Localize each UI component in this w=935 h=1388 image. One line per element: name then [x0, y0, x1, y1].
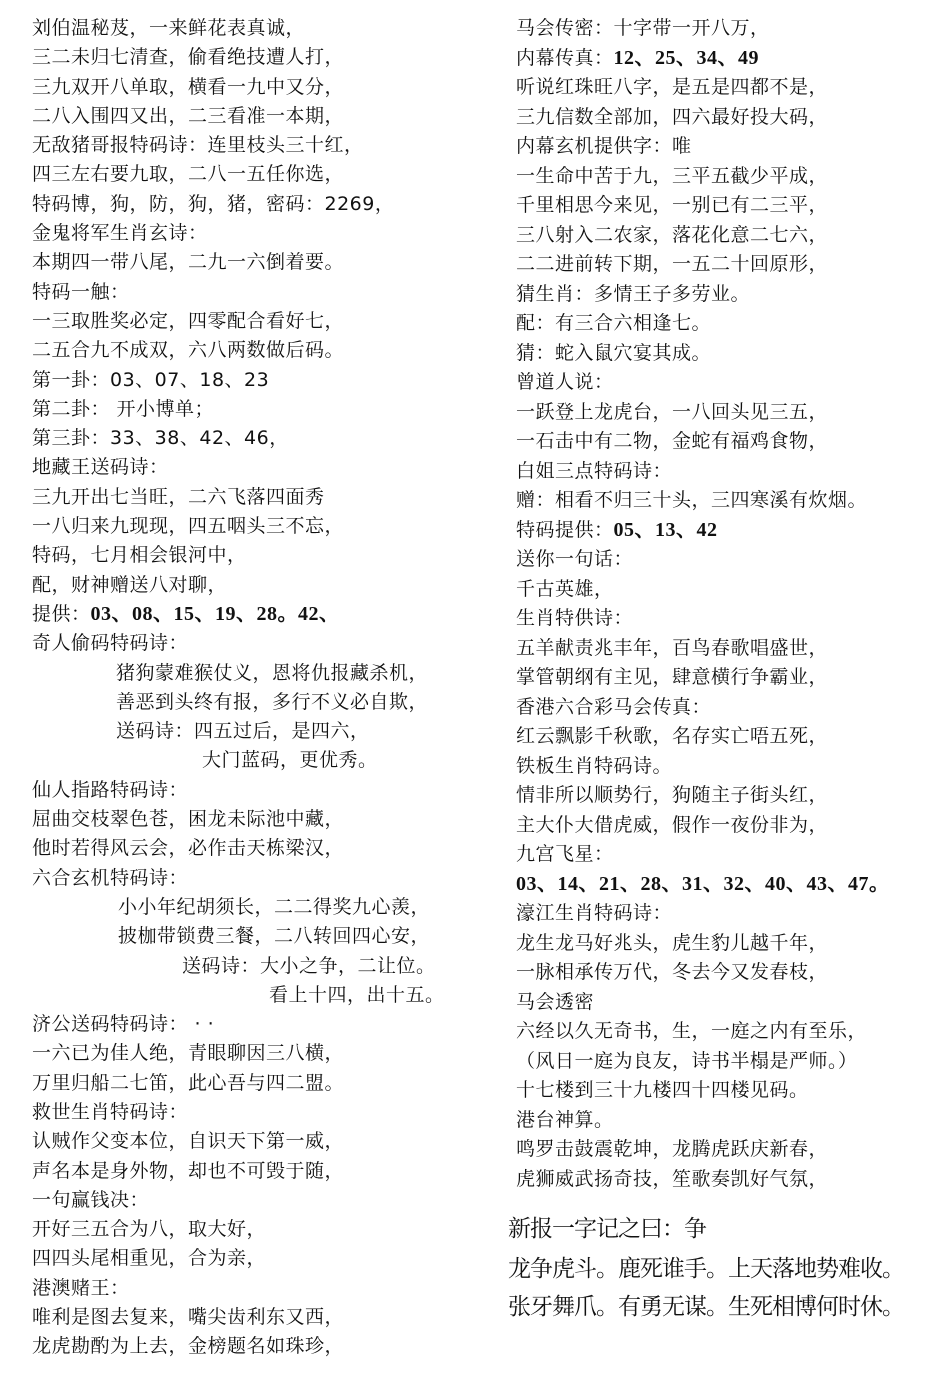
text-line: 善恶到头终有报，多行不义必自欺， [32, 688, 482, 717]
text-line: 一石击中有二物，金蛇有福鸡食物， [516, 427, 931, 457]
footer-line-2: 张牙舞爪。有勇无谋。生死相博何时休。 [508, 1288, 928, 1326]
text-line: 送你一句话： [516, 545, 931, 575]
text-line: 猜生肖：多情王子多劳业。 [516, 280, 931, 310]
left-column: 刘伯温秘芨，一来鲜花表真诚，三二未归七清查，偷看绝技遭人打，三九双开八单取，横看… [32, 14, 482, 1362]
text-line: （风日一庭为良友，诗书半榻是严师。） [516, 1047, 931, 1077]
line-label: 内幕传真： [516, 47, 614, 69]
text-line: 听说红珠旺八字，是五是四都不是， [516, 73, 931, 103]
text-line: 马会透密 [516, 988, 931, 1018]
text-line: 六经以久无奇书，生，一庭之内有至乐， [516, 1017, 931, 1047]
line-label: 提供： [32, 603, 91, 625]
number-list: 03、08、15、19、28。42、 [91, 603, 340, 625]
text-line: 一句赢钱决： [32, 1186, 482, 1215]
text-line: 二八入围四又出，二三看准一本期， [32, 102, 482, 131]
text-line: 二二进前转下期，一五二十回原形， [516, 250, 931, 280]
text-line: 开好三五合为八，取大好， [32, 1215, 482, 1244]
number-list: 05、13、42 [614, 519, 718, 541]
text-line: 特码，七月相会银河中， [32, 541, 482, 570]
text-line: 千里相思今来见，一别已有二三平， [516, 191, 931, 221]
text-line: 配，财神赠送八对聊， [32, 571, 482, 600]
text-line: 三二未归七清查，偷看绝技遭人打， [32, 43, 482, 72]
text-line: 披枷带锁费三餐，二八转回四心安， [32, 922, 482, 951]
footer-title: 新报一字记之曰：争 [508, 1208, 928, 1250]
text-line: 主大仆大借虎威，假作一夜份非为， [516, 811, 931, 841]
text-line: 金鬼将军生肖玄诗： [32, 219, 482, 248]
text-line: 三八射入二农家，落花化意二七六， [516, 221, 931, 251]
text-line: 十七楼到三十九楼四十四楼见码。 [516, 1076, 931, 1106]
text-line: 龙生龙马好兆头，虎生豹儿越千年， [516, 929, 931, 959]
text-line: 奇人偷码特码诗： [32, 629, 482, 658]
text-line: 刘伯温秘芨，一来鲜花表真诚， [32, 14, 482, 43]
text-line: 香港六合彩马会传真： [516, 693, 931, 723]
text-line: 猪狗蒙难猴仗义，恩将仇报藏杀机， [32, 659, 482, 688]
footer-verse-block: 新报一字记之曰：争 龙争虎斗。鹿死谁手。上天落地势难收。 张牙舞爪。有勇无谋。生… [508, 1208, 928, 1326]
text-line: 千古英雄， [516, 575, 931, 605]
text-line: 濠江生肖特码诗： [516, 899, 931, 929]
text-line: 声名本是身外物，却也不可毁于随， [32, 1157, 482, 1186]
text-line: 地藏王送码诗： [32, 453, 482, 482]
text-line: 一跃登上龙虎台，一八回头见三五， [516, 398, 931, 428]
text-line: 提供：03、08、15、19、28。42、 [32, 600, 482, 629]
text-line: 一生命中苦于九，三平五截少平成， [516, 162, 931, 192]
number-list: 03、14、21、28、31、32、40、43、47。 [516, 873, 890, 895]
text-line: 无敌猪哥报特码诗：连里枝头三十红， [32, 131, 482, 160]
text-line: 四四头尾相重见，合为亲， [32, 1244, 482, 1273]
text-line: 第二卦： 开小博单； [32, 395, 482, 424]
line-label: 特码提供： [516, 519, 614, 541]
text-line: 一八归来九现现，四五咽头三不忘， [32, 512, 482, 541]
text-line: 救世生肖特码诗： [32, 1098, 482, 1127]
text-line: 五羊献责兆丰年，百鸟春歌唱盛世， [516, 634, 931, 664]
text-line: 赠：相看不归三十头，三四寒溪有炊烟。 [516, 486, 931, 516]
text-line: 马会传密：十字带一开八万， [516, 14, 931, 44]
text-line: 白姐三点特码诗： [516, 457, 931, 487]
number-list: 12、25、34、49 [614, 47, 760, 69]
text-line: 济公送码特码诗： · · [32, 1010, 482, 1039]
text-line: 二五合九不成双，六八两数做后码。 [32, 336, 482, 365]
text-line: 一三取胜奖必定，四零配合看好七， [32, 307, 482, 336]
footer-line-1: 龙争虎斗。鹿死谁手。上天落地势难收。 [508, 1250, 928, 1288]
text-line: 特码博，狗，防，狗，猪，密码：2269， [32, 190, 482, 219]
text-line: 情非所以顺势行，狗随主子街头红， [516, 781, 931, 811]
text-line: 港澳赌王： [32, 1274, 482, 1303]
text-line: 猜：蛇入鼠穴宴其成。 [516, 339, 931, 369]
text-line: 一脉相承传万代，冬去今又发春枝， [516, 958, 931, 988]
text-line: 生肖特供诗： [516, 604, 931, 634]
text-line: 六合玄机特码诗： [32, 864, 482, 893]
text-line: 内幕传真：12、25、34、49 [516, 44, 931, 74]
text-line: 红云飘影千秋歌，名存实亡唔五死， [516, 722, 931, 752]
text-line: 万里归船二七笛，此心吾与四二盟。 [32, 1069, 482, 1098]
text-line: 一六已为佳人绝，青眼聊因三八横， [32, 1039, 482, 1068]
text-line: 三九开出七当旺，二六飞落四面秀 [32, 483, 482, 512]
text-line: 第一卦：03、07、18、23 [32, 366, 482, 395]
text-line: 看上十四，出十五。 [32, 981, 482, 1010]
text-line: 送码诗：大小之争，二让位。 [32, 952, 482, 981]
text-line: 唯利是图去复来，嘴尖齿利东又西， [32, 1303, 482, 1332]
text-line: 送码诗：四五过后，是四六， [32, 717, 482, 746]
right-column: 马会传密：十字带一开八万，内幕传真：12、25、34、49听说红珠旺八字，是五是… [516, 14, 931, 1194]
text-line: 掌管朝纲有主见，肆意横行争霸业， [516, 663, 931, 693]
text-line: 三九双开八单取，横看一九中又分， [32, 73, 482, 102]
text-line: 三九信数全部加，四六最好投大码， [516, 103, 931, 133]
text-line: 曾道人说： [516, 368, 931, 398]
text-line: 小小年纪胡须长，二二得奖九心羡， [32, 893, 482, 922]
text-line: 仙人指路特码诗： [32, 776, 482, 805]
text-line: 四三左右要九取，二八一五任你选， [32, 160, 482, 189]
text-line: 配：有三合六相逢七。 [516, 309, 931, 339]
text-line: 内幕玄机提供字：唯 [516, 132, 931, 162]
text-line: 屈曲交枝翠色苍，困龙未际池中藏， [32, 805, 482, 834]
text-line: 龙虎勘酌为上去，金榜题名如珠珍， [32, 1332, 482, 1361]
text-line: 本期四一带八尾，二九一六倒着要。 [32, 248, 482, 277]
text-line: 大门蓝码，更优秀。 [32, 746, 482, 775]
text-line: 特码一触： [32, 278, 482, 307]
text-line: 03、14、21、28、31、32、40、43、47。 [516, 870, 931, 900]
text-line: 虎狮威武扬奇技，笙歌奏凯好气氛， [516, 1165, 931, 1195]
text-line: 九宫飞星： [516, 840, 931, 870]
text-line: 第三卦：33、38、42、46， [32, 424, 482, 453]
text-line: 他时若得风云会，必作击天栋梁汉， [32, 834, 482, 863]
text-line: 港台神算。 [516, 1106, 931, 1136]
text-line: 鸣罗击鼓震乾坤，龙腾虎跃庆新春， [516, 1135, 931, 1165]
text-line: 认贼作父变本位，自识天下第一威， [32, 1127, 482, 1156]
text-line: 特码提供：05、13、42 [516, 516, 931, 546]
text-line: 铁板生肖特码诗。 [516, 752, 931, 782]
